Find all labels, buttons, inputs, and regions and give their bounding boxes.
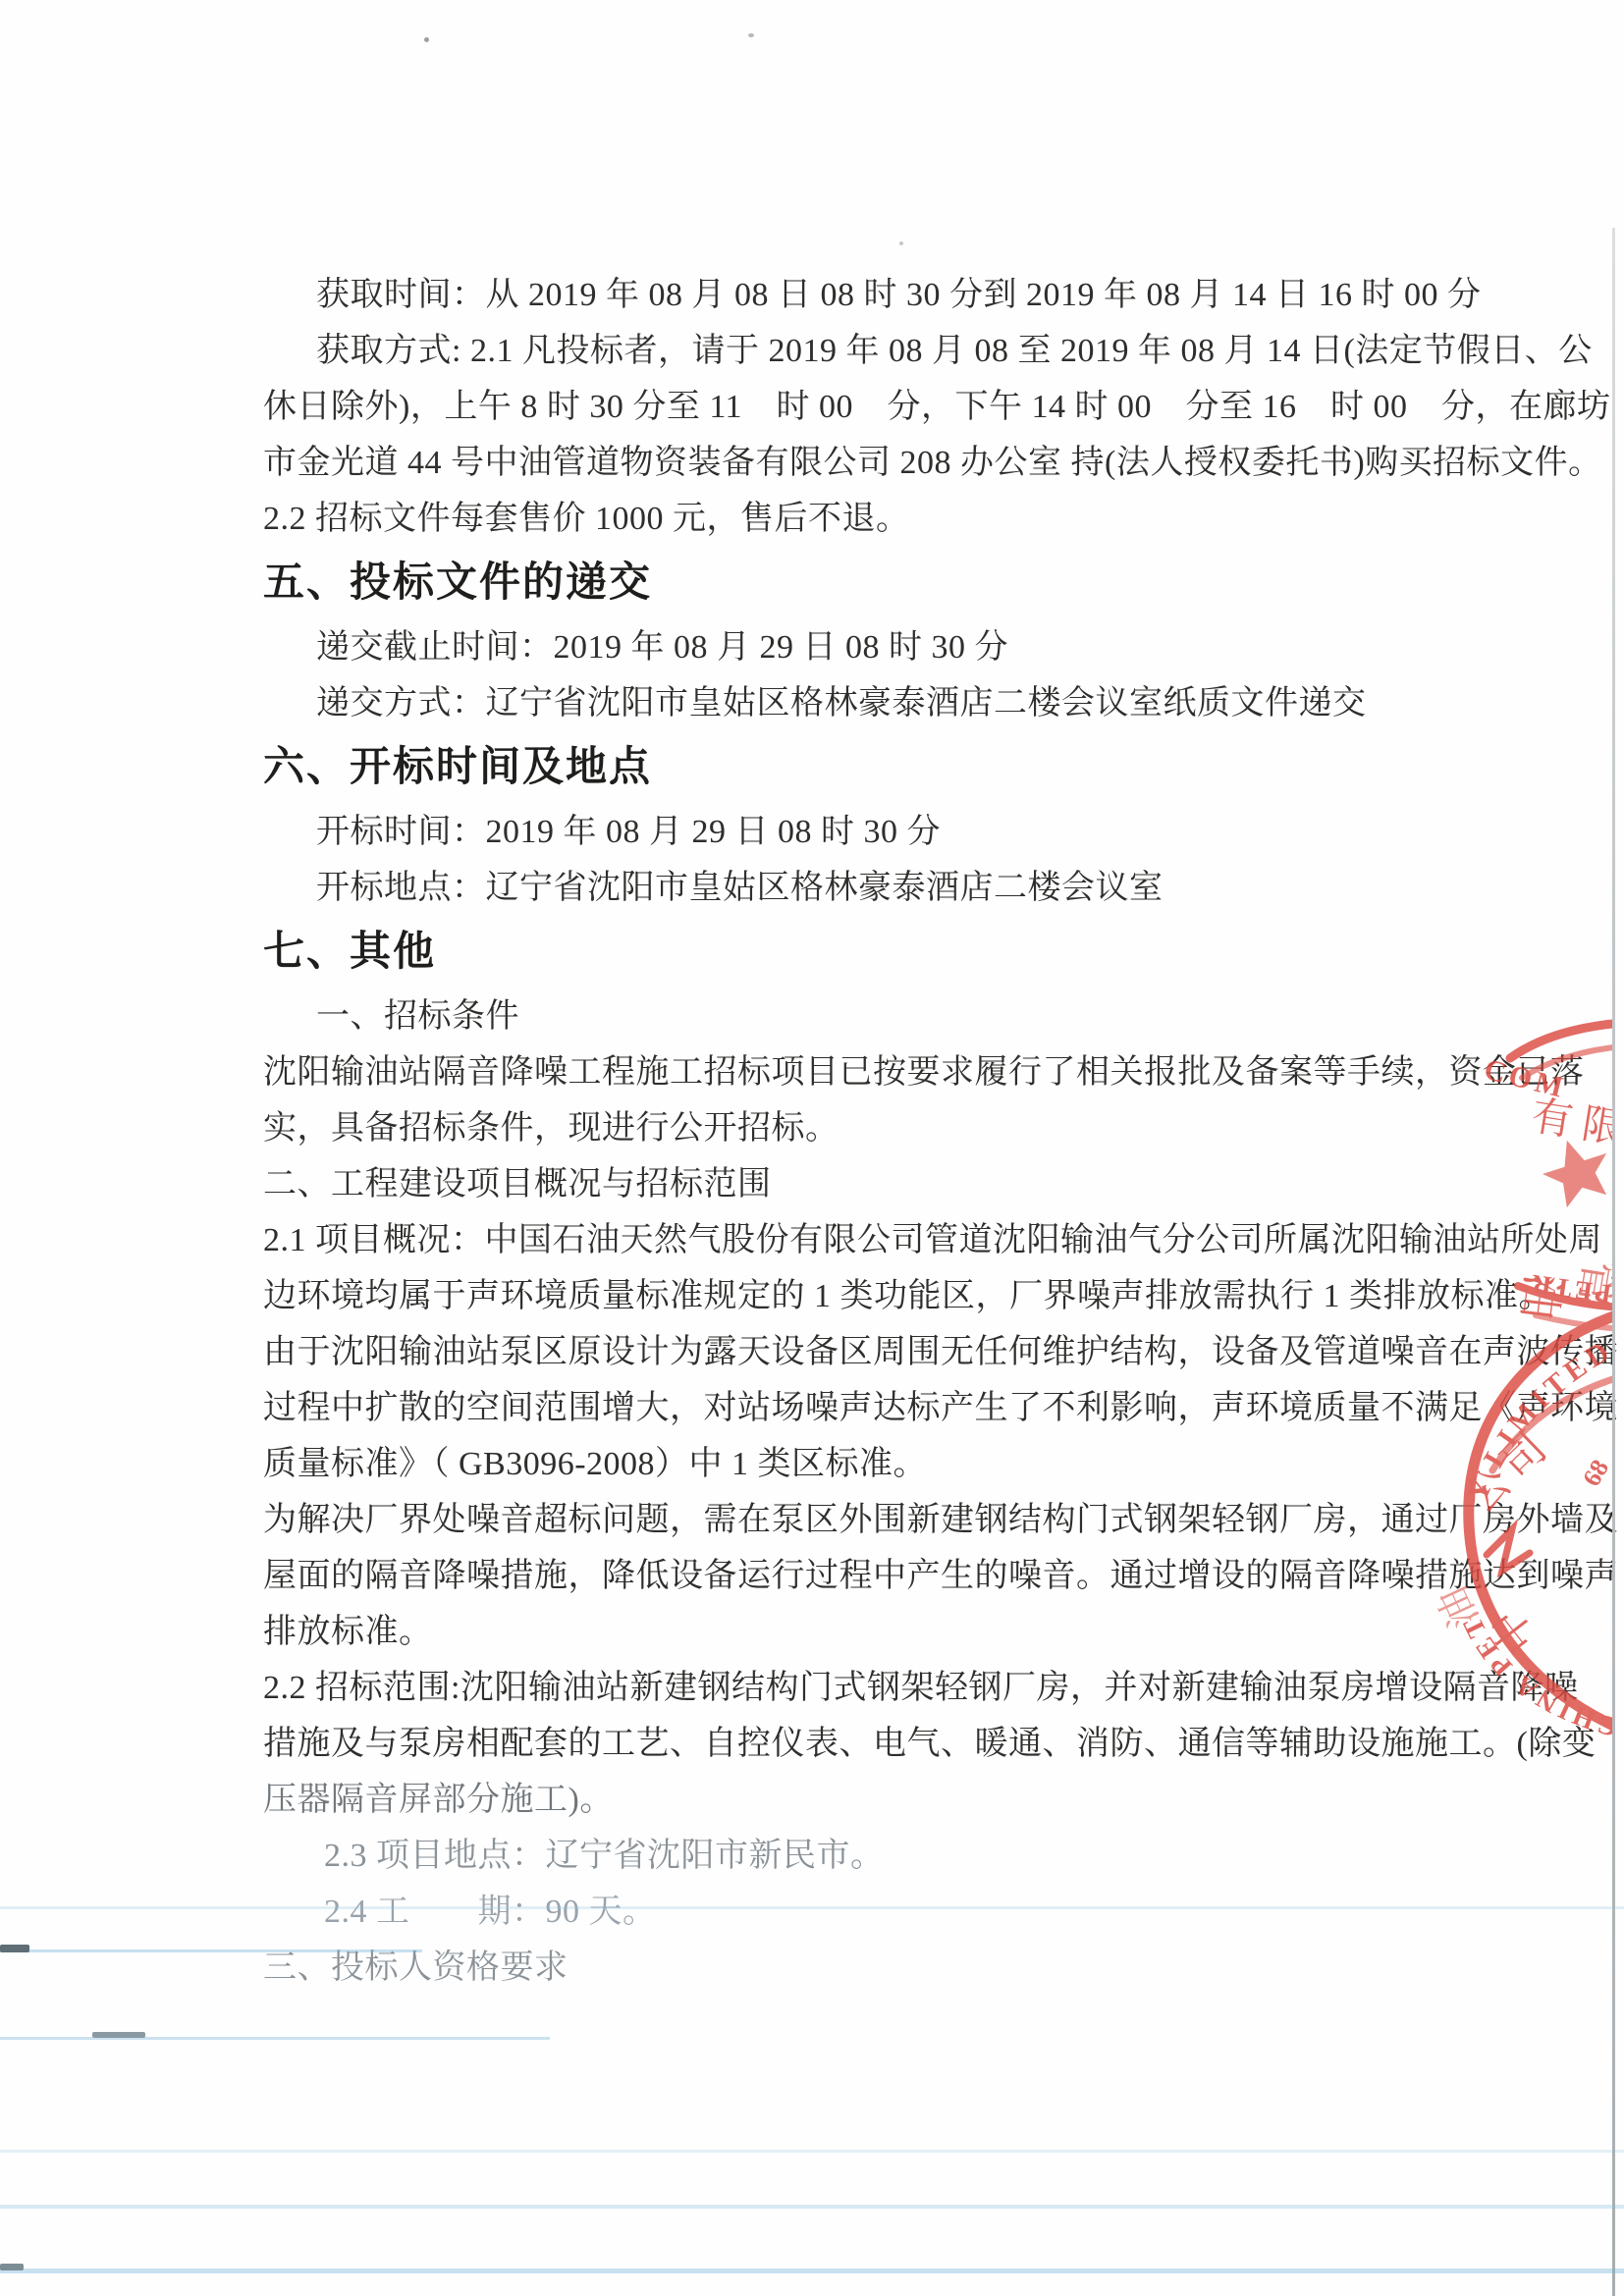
scanned-tender-document-page: 获取时间：从 2019 年 08 月 08 日 08 时 30 分到 2019 … [0,0,1624,2296]
company-seal-stamp-lower: Y LIMITED 68 公司 68 中 油 CHINA PETRO [0,0,1624,1742]
scan-artifact [0,2269,1624,2273]
scan-artifact [0,1945,29,1952]
scan-artifact [899,241,903,245]
stamp-check-mark [1487,1529,1530,1571]
scan-artifact [92,2032,145,2038]
scan-artifact [424,37,429,42]
scan-artifact [0,1949,422,1952]
scan-artifact [0,2037,550,2040]
scan-artifact [0,1906,1624,1909]
scan-artifact [0,2150,1624,2153]
stamp-latin-text: Y LIMITED 68 [0,0,1624,1506]
stamp-cjk-text: 有限 [1528,1094,1624,1154]
scan-artifact [0,2264,24,2270]
svg-text:CHINA PETRO: CHINA PETRO [0,0,1622,1742]
company-seal-stamp-upper: COM 有限 油 管 PETR [1481,1023,1624,1329]
stamp-number-text: 68 [1577,1455,1614,1491]
scan-edge-line [1612,228,1615,2296]
svg-text:Y LIMITED 68: Y LIMITED 68 [0,0,1624,1506]
stamp-latin-text: CHINA PETRO [0,0,1622,1742]
scan-artifact [0,2205,1624,2209]
scan-artifact [748,33,754,37]
